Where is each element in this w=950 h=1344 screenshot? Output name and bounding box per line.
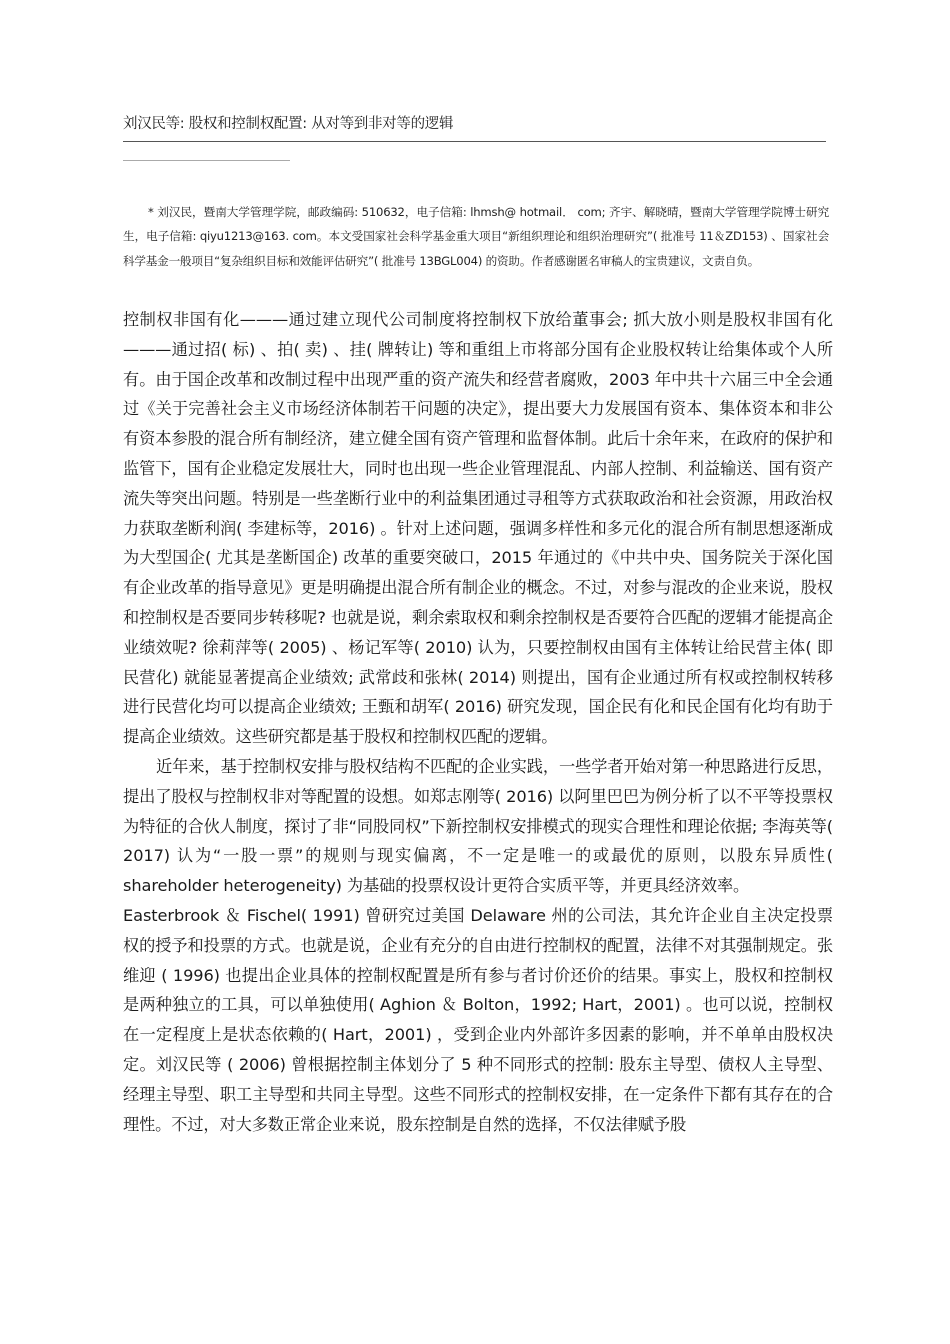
author-footnote: * 刘汉民，暨南大学管理学院，邮政编码: 510632，电子信箱: lhmsh@… (123, 200, 829, 273)
footnote-separator-rule (123, 160, 290, 161)
main-body-text: 控制权非国有化———通过建立现代公司制度将控制权下放给董事会; 抓大放小则是股权… (123, 305, 833, 1139)
paragraph-1: 控制权非国有化———通过建立现代公司制度将控制权下放给董事会; 抓大放小则是股权… (123, 305, 833, 752)
paragraph-2: 近年来，基于控制权安排与股权结构不匹配的企业实践，一些学者开始对第一种思路进行反… (123, 752, 833, 901)
header-rule (123, 141, 826, 142)
running-header-title: 刘汉民等: 股权和控制权配置: 从对等到非对等的逻辑 (123, 112, 453, 133)
paragraph-3: Easterbrook ＆ Fischel( 1991) 曾研究过美国 Dela… (123, 901, 833, 1139)
